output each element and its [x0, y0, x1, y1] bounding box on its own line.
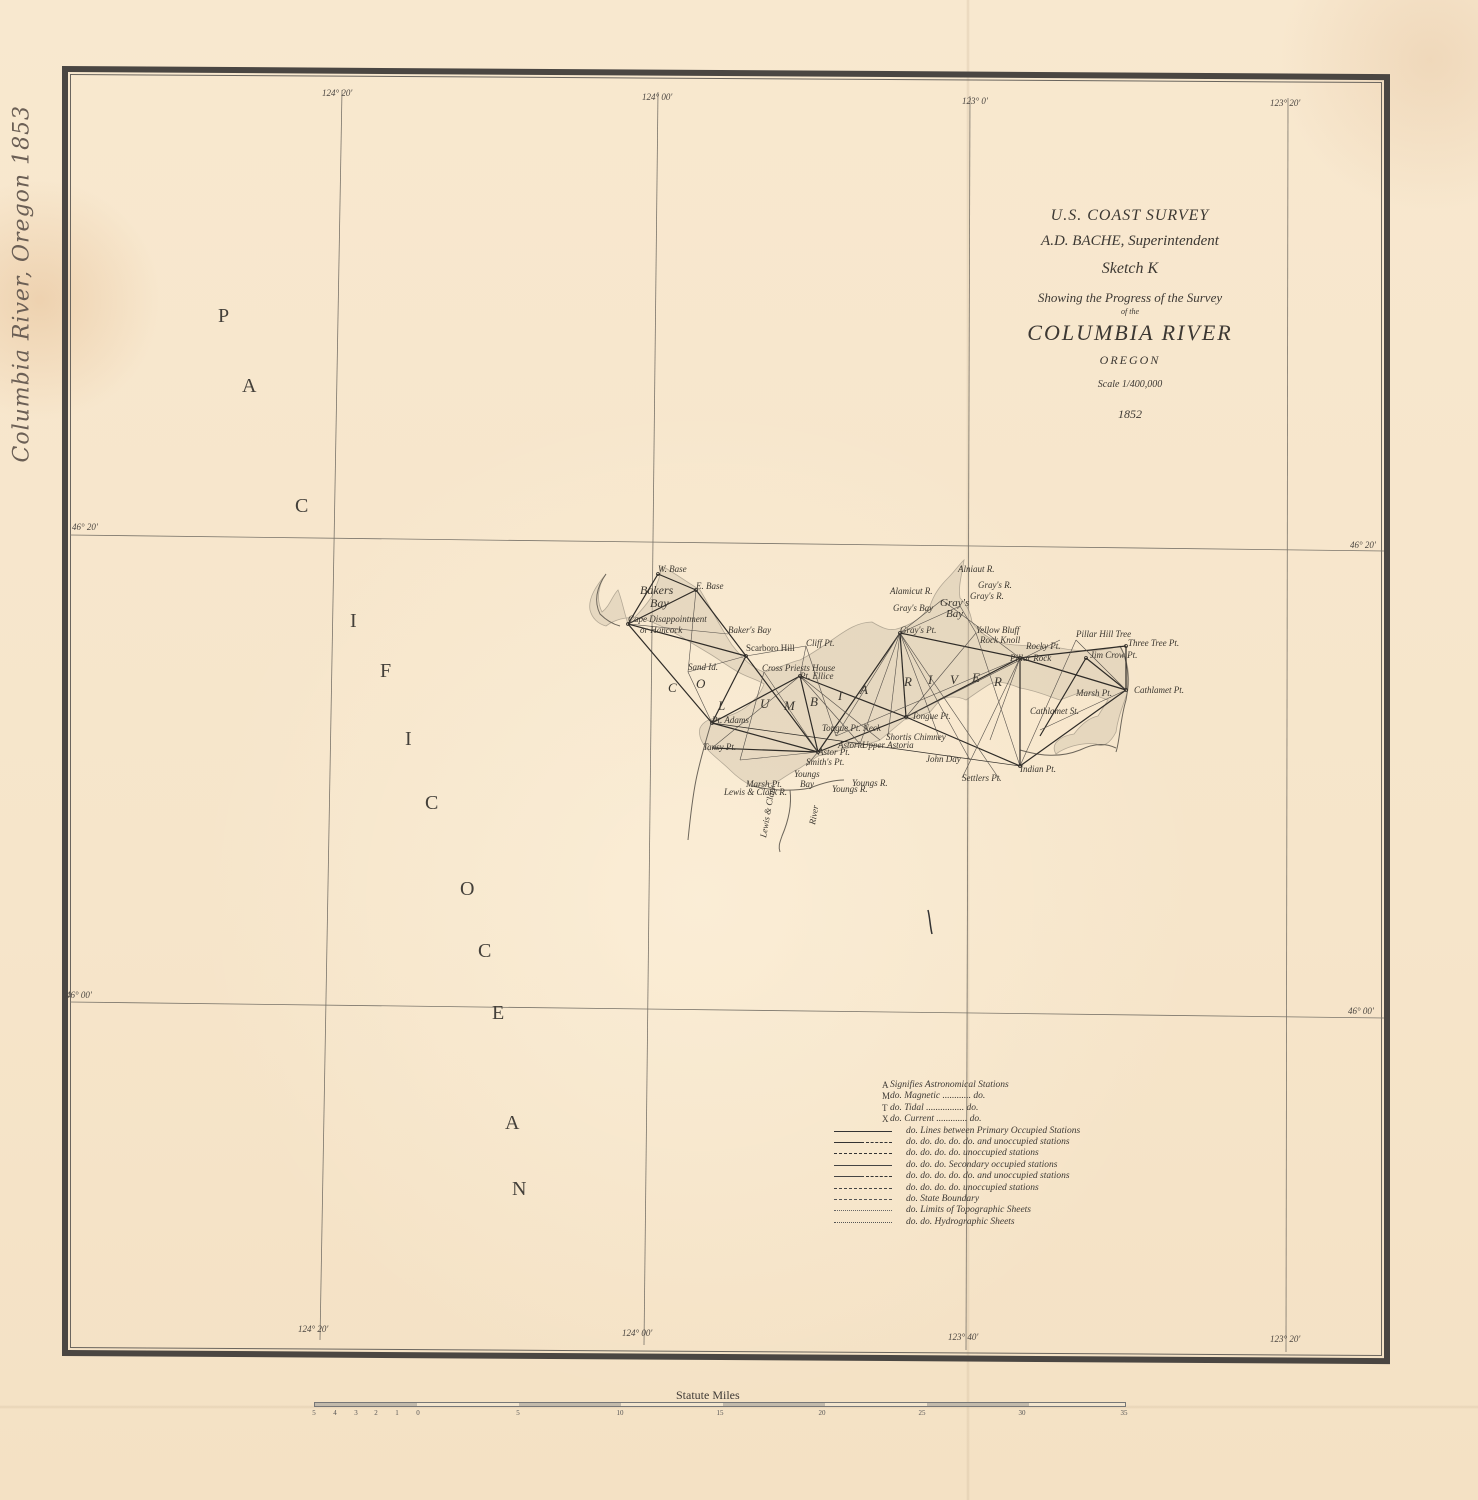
legend-line-sample: [866, 1142, 892, 1143]
legend-row: do. do. Hydrographic Sheets: [834, 1217, 1234, 1228]
river-letter: U: [760, 696, 771, 711]
place-label: Bay: [800, 779, 814, 789]
legend-text: do. do. do. Secondary occupied stations: [906, 1160, 1057, 1170]
legend-text: do. do. do. do. unoccupied stations: [906, 1148, 1039, 1158]
title-year: 1852: [1000, 408, 1260, 420]
meridian-124-20: [320, 90, 342, 1340]
legend-text: do. Magnetic ............ do.: [890, 1091, 985, 1101]
place-label: Lewis & Clark R.: [723, 787, 787, 797]
title-superintendent: A.D. BACHE, Superintendent: [1000, 234, 1260, 249]
legend-text: Signifies Astronomical Stations: [890, 1080, 1009, 1090]
legend-line-sample: [834, 1188, 892, 1189]
legend-text: do. Current ............. do.: [890, 1114, 981, 1124]
place-label: Pt. Adams: [711, 715, 749, 725]
legend-row: do. do. do. do. unoccupied stations: [834, 1183, 1234, 1194]
scale-tick-label: 1: [395, 1409, 399, 1417]
ocean-letter: C: [478, 940, 491, 963]
legend-line-sample: [866, 1176, 892, 1177]
river-letter: I: [927, 672, 933, 687]
parallel-46-20: [70, 535, 1384, 551]
scale-tick-label: 5: [312, 1409, 316, 1417]
legend-text: do. Limits of Topographic Sheets: [906, 1205, 1031, 1215]
coord-bottom-123-40: 123° 40': [948, 1332, 978, 1342]
river-letter: B: [810, 694, 819, 709]
place-label: Astoria: [837, 740, 865, 750]
legend-symbol: M: [882, 1091, 890, 1101]
coord-top-123-40: 123° 0': [962, 96, 988, 106]
place-label: River: [807, 804, 820, 826]
place-label: Pt. Ellice: [799, 671, 834, 681]
meridian-124-00: [644, 92, 658, 1345]
title-subtitle: Showing the Progress of the Survey: [1000, 291, 1260, 304]
river-letter: R: [903, 674, 913, 689]
place-label: Alniaut R.: [957, 564, 995, 574]
legend-line-sample: [834, 1165, 892, 1166]
scale-tick-label: 10: [617, 1409, 624, 1417]
legend-text: do. Lines between Primary Occupied Stati…: [906, 1126, 1080, 1136]
ocean-letter: F: [380, 660, 391, 683]
legend-row: ASignifies Astronomical Stations: [834, 1080, 1234, 1091]
place-label: Gray's R.: [970, 591, 1004, 601]
legend-text: do. do. do. do. do. and unoccupied stati…: [906, 1137, 1070, 1147]
river-letter: M: [783, 698, 796, 713]
legend-line-sample: [834, 1199, 892, 1200]
place-label: Settlers Pt.: [962, 773, 1002, 783]
place-label: Gray's R.: [978, 580, 1012, 590]
scale-tick-label: 30: [1019, 1409, 1026, 1417]
place-label: Youngs: [794, 769, 820, 779]
scale-tick-label: 3: [354, 1409, 358, 1417]
legend-line-sample: [834, 1210, 892, 1211]
legend-symbol: X: [882, 1114, 889, 1124]
legend-text: do. do. do. do. do. and unoccupied stati…: [906, 1171, 1070, 1181]
ocean-letter: O: [460, 878, 474, 901]
legend-row: do. do. do. do. unoccupied stations: [834, 1148, 1234, 1159]
place-label: Gray's Bay: [893, 603, 933, 613]
place-label: Rocky Pt.: [1025, 641, 1060, 651]
legend-row: do. State Boundary: [834, 1194, 1234, 1205]
legend-line-sample: [834, 1131, 892, 1132]
river-letter: R: [993, 674, 1003, 689]
title-scale: Scale 1/400,000: [1000, 380, 1260, 390]
ocean-letter: A: [505, 1112, 519, 1135]
legend-row: do. Limits of Topographic Sheets: [834, 1205, 1234, 1216]
river-letter: I: [837, 688, 843, 703]
place-label: Marsh Pt.: [1075, 688, 1112, 698]
place-label: Sand Id.: [688, 662, 718, 672]
legend-symbol: A: [882, 1080, 889, 1090]
legend-text: do. do. Hydrographic Sheets: [906, 1217, 1015, 1227]
legend-row: do. do. do. Secondary occupied stations: [834, 1160, 1234, 1171]
title-cartouche: U.S. COAST SURVEY A.D. BACHE, Superinten…: [1000, 208, 1260, 420]
place-label: Alamicut R.: [889, 586, 933, 596]
place-label: Shortis Chimney: [886, 732, 946, 742]
place-label: Tongue Pt.: [912, 711, 951, 721]
coord-bottom-124-00: 124° 00': [622, 1328, 652, 1338]
scale-title: Statute Miles: [676, 1388, 740, 1403]
river-letter: E: [971, 670, 981, 685]
scale-tick-label: 25: [919, 1409, 926, 1417]
scale-tick-label: 0: [416, 1409, 420, 1417]
legend-row: do. Lines between Primary Occupied Stati…: [834, 1126, 1234, 1137]
coord-right-46-20: 46° 20': [1350, 540, 1376, 550]
legend-symbol: T: [882, 1103, 888, 1113]
place-label: W. Base: [658, 564, 687, 574]
legend-text: do. State Boundary: [906, 1194, 979, 1204]
place-label: Bay: [946, 608, 963, 620]
coord-top-124-20: 124° 20': [322, 88, 352, 98]
place-label: Three Tree Pt.: [1128, 638, 1179, 648]
ocean-letter: E: [492, 1002, 504, 1025]
title-main: COLUMBIA RIVER: [1000, 322, 1260, 344]
legend-line-sample: [834, 1176, 864, 1177]
coord-left-46-00: 46° 00': [66, 990, 92, 1000]
legend-text: do. Tidal ................ do.: [890, 1103, 978, 1113]
legend-row: do. do. do. do. do. and unoccupied stati…: [834, 1171, 1234, 1182]
place-label: Pillar Rock: [1009, 653, 1052, 663]
legend-line-sample: [834, 1222, 892, 1223]
place-label: Jim Crow Pt.: [1090, 650, 1137, 660]
scale-tick-label: 15: [717, 1409, 724, 1417]
place-label: Bakers: [640, 583, 674, 597]
place-label: Tansy Pt.: [703, 742, 736, 752]
coord-right-46-00: 46° 00': [1348, 1006, 1374, 1016]
coord-top-124-00: 124° 00': [642, 92, 672, 102]
place-label: Yellow Bluff: [976, 625, 1021, 635]
legend-line-sample: [834, 1142, 864, 1143]
ocean-letter: N: [512, 1178, 526, 1201]
coord-top-123-20: 123° 20': [1270, 98, 1300, 108]
ocean-letter: A: [242, 375, 256, 398]
legend-text: do. do. do. do. unoccupied stations: [906, 1183, 1039, 1193]
title-sketch: Sketch K: [1000, 261, 1260, 277]
title-of-the: of the: [1000, 308, 1260, 316]
legend-row: Xdo. Current ............. do.: [834, 1114, 1234, 1125]
legend: ASignifies Astronomical StationsMdo. Mag…: [834, 1080, 1234, 1228]
coord-bottom-124-20: 124° 20': [298, 1324, 328, 1334]
scale-tick-label: 2: [374, 1409, 378, 1417]
legend-row: Tdo. Tidal ................ do.: [834, 1103, 1234, 1114]
ocean-letter: P: [218, 305, 229, 328]
ocean-letter: I: [405, 728, 412, 751]
place-label: Rock Knoll: [979, 635, 1021, 645]
place-label: Scarboro Hill: [746, 643, 795, 653]
river-letter: A: [859, 682, 869, 697]
river-letter: O: [696, 676, 706, 691]
title-agency: U.S. COAST SURVEY: [1000, 208, 1260, 224]
place-label: Bay: [650, 596, 669, 610]
place-label: Cathlamet Pt.: [1134, 685, 1184, 695]
place-label: Cathlamet St.: [1030, 706, 1079, 716]
place-label: Pillar Hill Tree: [1075, 629, 1131, 639]
scale-tick-label: 5: [516, 1409, 520, 1417]
place-label: Cliff Pt.: [806, 638, 835, 648]
place-label: Indian Pt.: [1019, 764, 1056, 774]
coord-left-46-20: 46° 20': [72, 522, 98, 532]
place-label: Cape Disappointment: [628, 614, 707, 624]
place-label: Youngs R.: [832, 784, 868, 794]
place-label: Tongue Pt. Neck: [822, 723, 882, 733]
scale-bar: [314, 1402, 1126, 1407]
place-label: John Day: [926, 754, 961, 764]
ocean-letter: C: [295, 495, 308, 518]
scale-tick-label: 4: [333, 1409, 337, 1417]
legend-row: do. do. do. do. do. and unoccupied stati…: [834, 1137, 1234, 1148]
river-letter: V: [950, 672, 960, 687]
legend-line-sample: [834, 1153, 892, 1154]
scale-tick-label: 35: [1121, 1409, 1128, 1417]
ocean-letter: C: [425, 792, 438, 815]
place-label: Smith's Pt.: [806, 757, 844, 767]
place-label: or Hancock: [640, 625, 683, 635]
legend-row: Mdo. Magnetic ............ do.: [834, 1091, 1234, 1102]
parallel-46-00: [70, 1002, 1384, 1018]
place-label: Baker's Bay: [728, 625, 771, 635]
river-letter: C: [668, 680, 678, 695]
coord-bottom-123-20: 123° 20': [1270, 1334, 1300, 1344]
river-letter: L: [717, 698, 726, 713]
ink-mark: [928, 910, 932, 934]
place-label: Gray's Pt.: [900, 625, 936, 635]
lewis-clark-river: [779, 790, 790, 852]
title-state: OREGON: [1000, 354, 1260, 366]
meridian-123-20: [1286, 98, 1288, 1352]
place-label: E. Base: [695, 581, 724, 591]
ocean-letter: I: [350, 610, 357, 633]
scale-tick-label: 20: [819, 1409, 826, 1417]
